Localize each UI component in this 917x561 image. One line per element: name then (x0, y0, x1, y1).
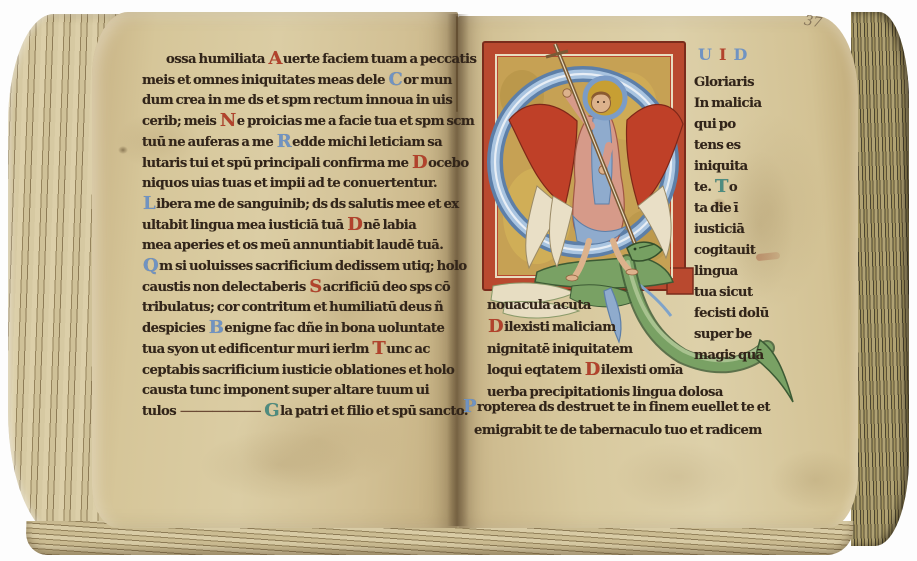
text-run: tuū ne auferas a me (142, 135, 276, 150)
illuminated-initial: N (219, 110, 237, 131)
text-run: qui po (694, 117, 736, 132)
manuscript-line: tuū ne auferas a me Redde michi leticiam… (142, 133, 476, 154)
text-run: tulos (142, 404, 179, 419)
manuscript-line: caustis non delectaberis Sacrificiū deo … (142, 278, 476, 299)
illuminated-initial: I (718, 45, 732, 64)
text-run: unc ac (386, 342, 430, 357)
text-run: In malicia (694, 96, 761, 111)
manuscript-line: Dilexisti maliciam (487, 317, 723, 339)
manuscript-line: cerib; meis Ne proicias me a facie tua e… (142, 112, 476, 133)
manuscript-line: meis et omnes iniquitates meas dele Cor … (142, 71, 476, 92)
text-run: lutaris tui et spū principali confirma m… (142, 156, 411, 171)
illuminated-initial: Q (142, 255, 159, 276)
manuscript-line: loqui eqtatem Dilexisti omīa (487, 360, 723, 382)
illuminated-initial: T (714, 176, 729, 197)
text-run: ilexisti omīa (601, 363, 683, 378)
manuscript-line: causta tunc imponent super altare tuum u… (142, 381, 476, 402)
manuscript-line: te. To (694, 177, 769, 198)
text-run: ropterea ds destruet te in finem euellet… (477, 400, 770, 415)
manuscript-line: ceptabis sacrificium iusticie oblationes… (142, 361, 476, 382)
illuminated-initial: L (142, 193, 156, 214)
manuscript-line: qui po (694, 114, 769, 135)
text-run: iusticiā (694, 222, 744, 237)
left-page-text: ossa humiliata Auerte faciem tuam a pecc… (142, 50, 476, 423)
manuscript-line: Gloriaris (694, 72, 769, 93)
text-run: te. (694, 180, 714, 195)
illuminated-initial: D (487, 316, 504, 337)
manuscript-line: ultabit lingua mea iusticiā tuā Dnē labi… (142, 216, 476, 237)
text-run: ceptabis sacrificium iusticie oblationes… (142, 363, 454, 378)
manuscript-line: emigrabit te de tabernaculo tuo et radic… (462, 420, 770, 443)
illuminated-initial: T (371, 338, 386, 359)
below-initial-text: nouacula acutaDilexisti maliciamnignitat… (487, 295, 723, 404)
text-run: acrificiū deo sps cō (323, 280, 450, 295)
manuscript-line: dum crea in me ds et spm rectum innoua i… (142, 91, 476, 112)
text-run: mea aperies et os meū annuntiabit laudē … (142, 238, 443, 253)
text-run: ta die ī (694, 201, 738, 216)
text-run: emigrabit te de tabernaculo tuo et radic… (474, 423, 762, 438)
text-run: niquos uias tuas et impii ad te conuerte… (142, 176, 437, 191)
text-run: loqui eqtatem (487, 363, 584, 378)
text-run: e proicias me a facie tua et spm scm (237, 114, 475, 129)
open-book: ossa humiliata Auerte faciem tuam a pecc… (0, 0, 917, 561)
text-run: meis et omnes iniquitates meas dele (142, 73, 387, 88)
manuscript-line: ta die ī (694, 198, 769, 219)
text-run: causta tunc imponent super altare tuum u… (142, 383, 429, 398)
illuminated-initial: B (208, 317, 225, 338)
illuminated-initial: P (462, 396, 477, 417)
manuscript-line: mea aperies et os meū annuntiabit laudē … (142, 236, 476, 257)
bottom-text: Propterea ds destruet te in finem euelle… (462, 397, 770, 442)
text-run: ocebo (428, 156, 468, 171)
text-run: despicies (142, 321, 208, 336)
illuminated-initial: D (346, 214, 363, 235)
manuscript-line: nignitatē iniquitatem (487, 339, 723, 361)
text-run: ossa humiliata (166, 52, 267, 67)
text-run: uerte faciem tuam a peccatis (283, 52, 476, 67)
manuscript-photo: ossa humiliata Auerte faciem tuam a pecc… (0, 0, 917, 561)
text-run: edde michi leticiam sa (292, 135, 442, 150)
manuscript-line: niquos uias tuas et impii ad te conuerte… (142, 174, 476, 195)
manuscript-line: tulos ————— Gla patri et filio et spū sa… (142, 402, 476, 423)
manuscript-line: Qm si uoluisses sacrificium dedissem uti… (142, 257, 476, 278)
illuminated-initial: S (308, 276, 322, 297)
page-edges-right (851, 12, 909, 546)
text-run: cogitauit (694, 243, 755, 258)
text-run: cerib; meis (142, 114, 219, 129)
manuscript-line: tua syon ut edificentur muri ierlm Tunc … (142, 340, 476, 361)
manuscript-line: nouacula acuta (487, 295, 723, 317)
illuminated-initial: C (387, 69, 403, 90)
manuscript-line: tribulatus; cor contritum et humiliatū d… (142, 298, 476, 319)
text-run: ultabit lingua mea iusticiā tuā (142, 218, 346, 233)
text-run: ibera me de sanguinib; ds ds salutis mee… (156, 197, 459, 212)
folio-number: 37 (803, 13, 823, 32)
text-run: nignitatē iniquitatem (487, 342, 633, 357)
illuminated-initial: A (267, 48, 282, 69)
text-run: enigne fac dñe in bona uoluntate (224, 321, 444, 336)
text-run: dum crea in me ds et spm rectum innoua i… (142, 93, 452, 108)
text-run: o (729, 180, 737, 195)
illuminated-initial: D (411, 152, 428, 173)
text-run: ilexisti maliciam (504, 320, 616, 335)
illuminated-initial: ————— (179, 400, 261, 421)
illuminated-initial: D (732, 45, 753, 64)
text-run: nē labia (363, 218, 416, 233)
manuscript-line: lutaris tui et spū principali confirma m… (142, 154, 476, 175)
text-run: caustis non delectaberis (142, 280, 308, 295)
text-run: tribulatus; cor contritum et humiliatū d… (142, 300, 443, 315)
text-run: nouacula acuta (487, 298, 591, 313)
text-run: Gloriaris (694, 75, 754, 90)
manuscript-line: lingua (694, 261, 769, 282)
text-run: la patri et filio et spū sancto. (280, 404, 468, 419)
text-run: tua syon ut edificentur muri ierlm (142, 342, 371, 357)
illuminated-initial: U (697, 45, 718, 64)
versal-capitals-uid: UID (697, 44, 753, 63)
manuscript-line: iusticiā (694, 219, 769, 240)
text-run: tens es (694, 138, 741, 153)
manuscript-line: tens es (694, 135, 769, 156)
text-run: or mun (403, 73, 452, 88)
manuscript-line: ossa humiliata Auerte faciem tuam a pecc… (142, 50, 476, 71)
manuscript-line: despicies Benigne fac dñe in bona uolunt… (142, 319, 476, 340)
text-run: m si uoluisses sacrificium dedissem utiq… (159, 259, 467, 274)
text-run: lingua (694, 264, 738, 279)
illuminated-initial: R (276, 131, 292, 152)
illuminated-initial: D (584, 359, 601, 380)
text-run: iniquita (694, 159, 748, 174)
manuscript-line: In malicia (694, 93, 769, 114)
manuscript-line: Libera me de sanguinib; ds ds salutis me… (142, 195, 476, 216)
illuminated-initial: G (263, 400, 280, 421)
manuscript-line: iniquita (694, 156, 769, 177)
manuscript-line: Propterea ds destruet te in finem euelle… (462, 397, 770, 420)
